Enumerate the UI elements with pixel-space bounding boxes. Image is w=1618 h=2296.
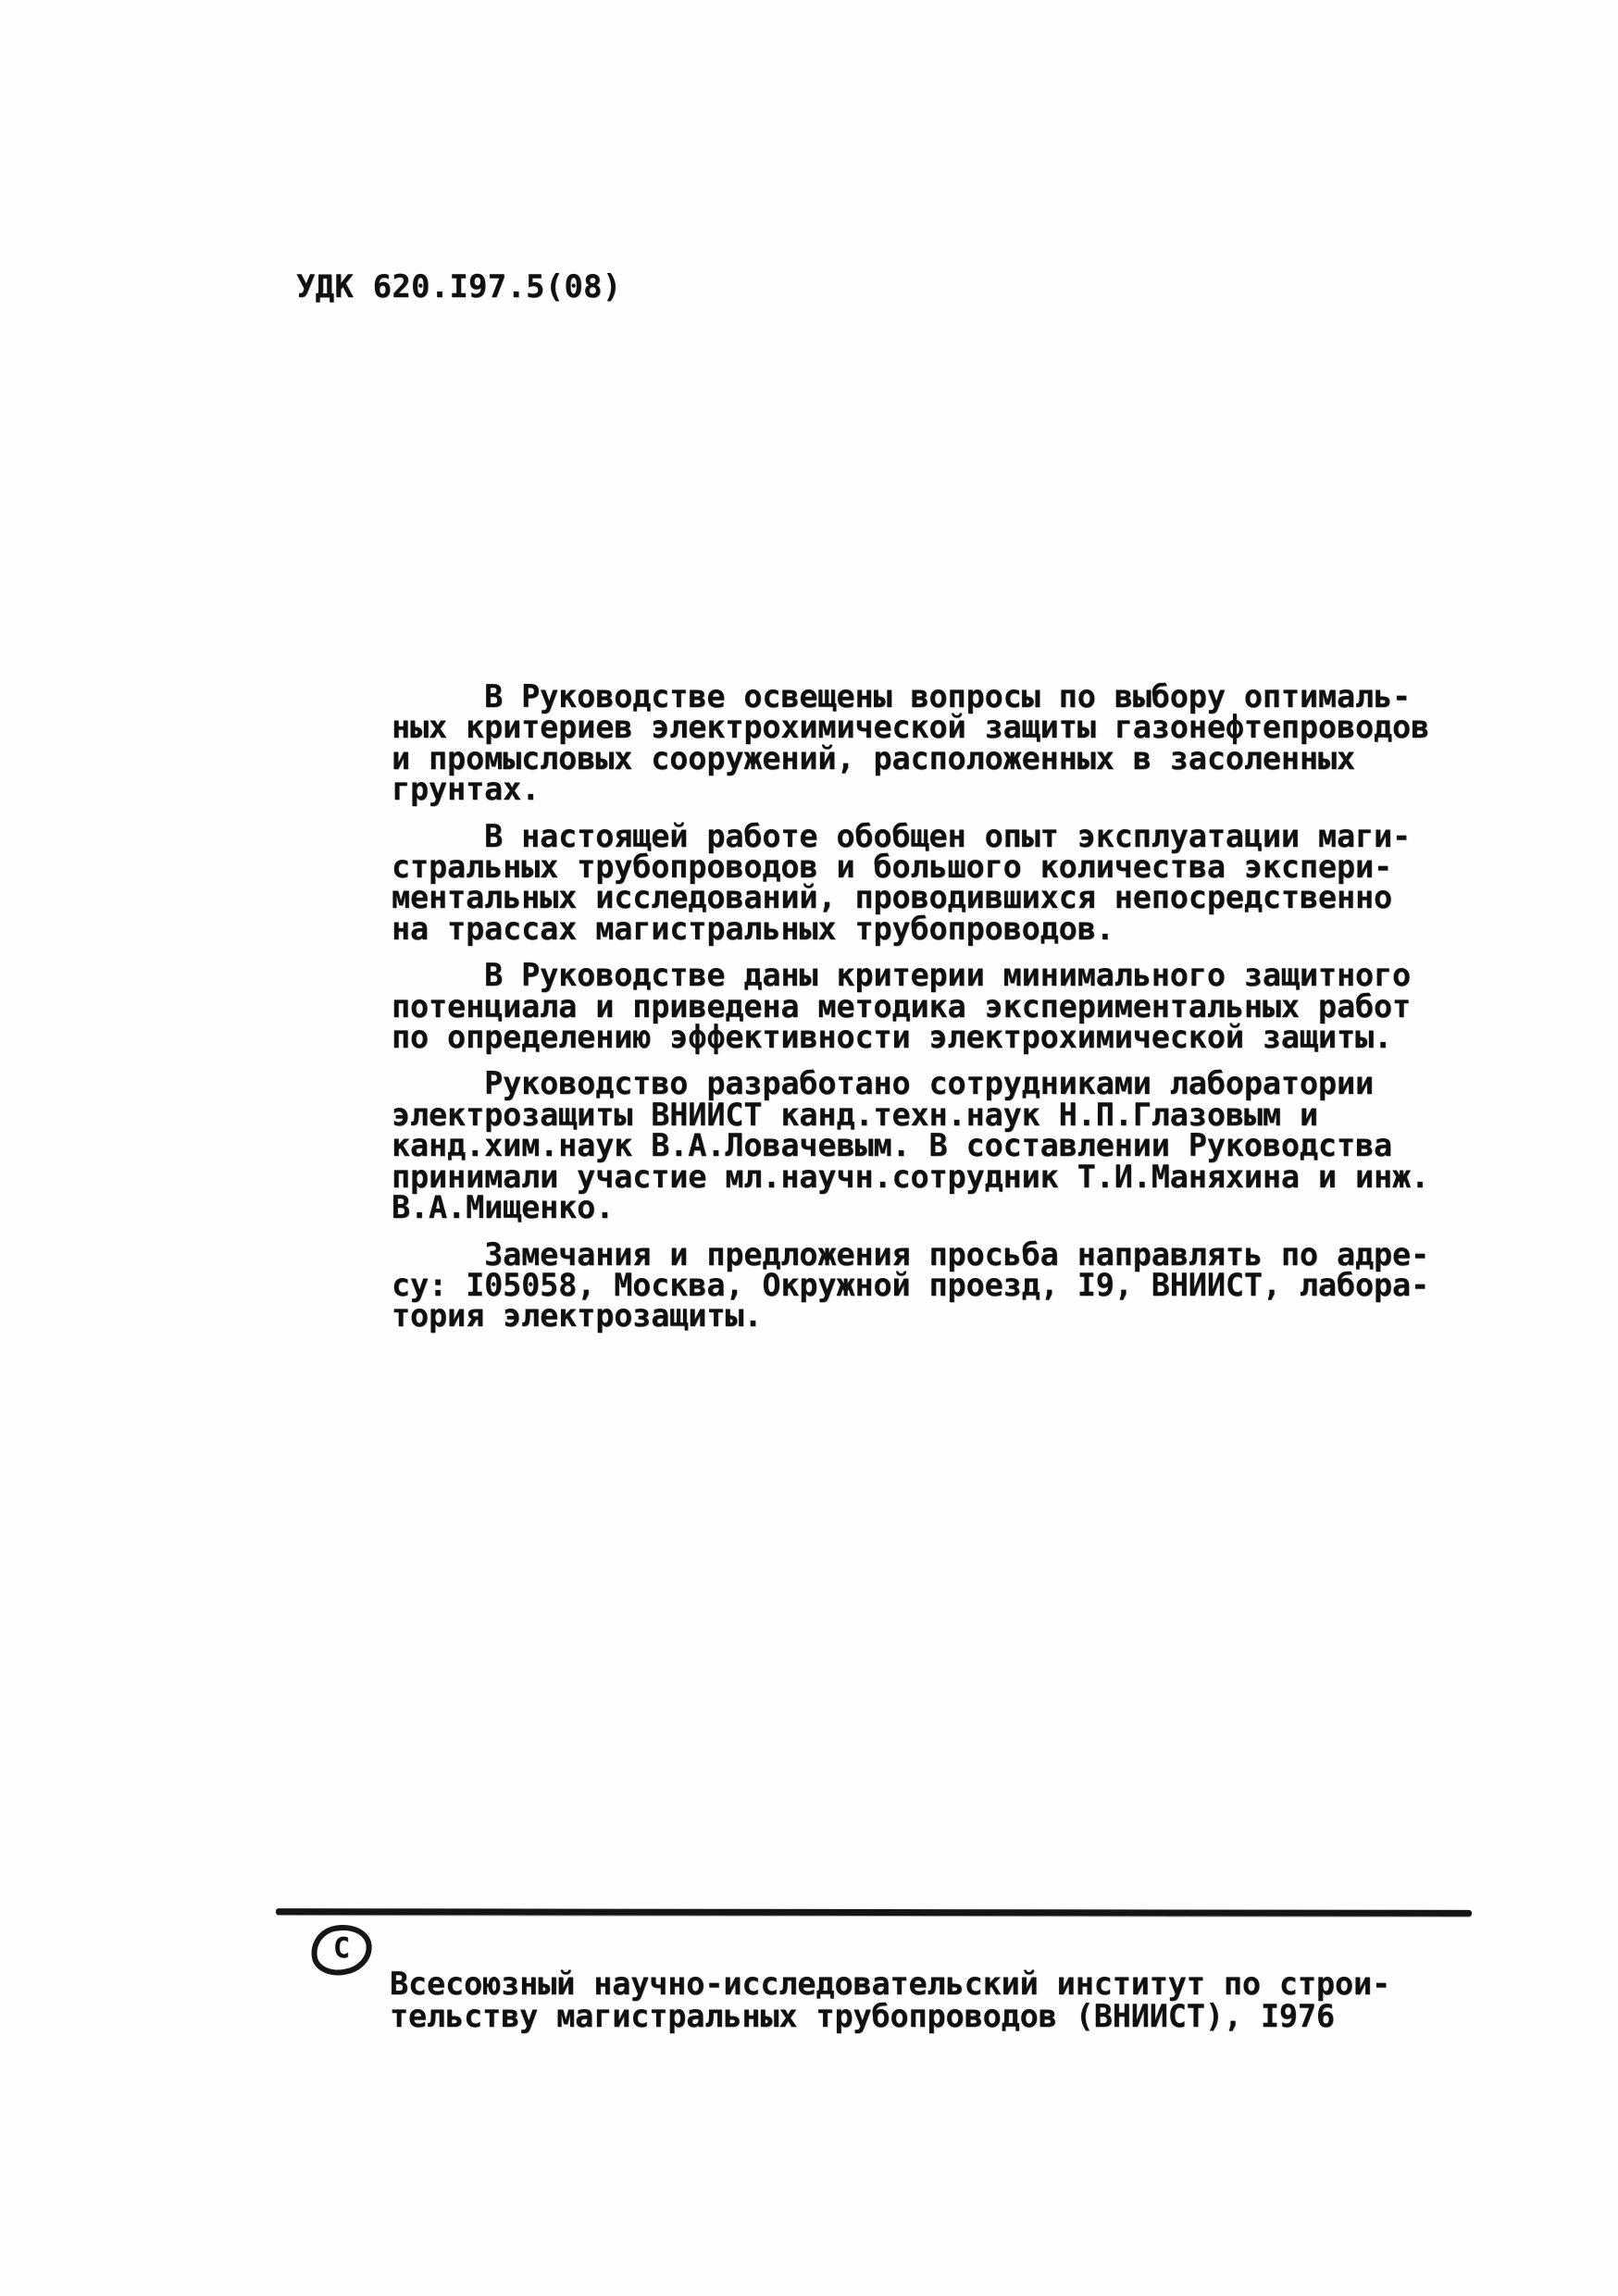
footer-institute-credit: Всесоюзный научно-исследовательский инст… bbox=[390, 1967, 1500, 2032]
copyright-icon: С bbox=[307, 1920, 376, 1980]
abstract-text-block: В Руководстве освещены вопросы по выбору… bbox=[392, 681, 1484, 1347]
udc-classification-code: УДК 620.I97.5(08) bbox=[296, 268, 621, 305]
document-page: УДК 620.I97.5(08) В Руководстве освещены… bbox=[0, 0, 1618, 2296]
paragraph-authors: Руководство разработано сотрудниками лаб… bbox=[392, 1068, 1484, 1222]
paragraph-scope: В Руководстве освещены вопросы по выбору… bbox=[392, 681, 1484, 805]
paragraph-experience: В настоящей работе обобщен опыт эксплуат… bbox=[392, 821, 1484, 945]
copyright-letter: С bbox=[333, 1935, 350, 1963]
divider-line bbox=[276, 1908, 1472, 1917]
paragraph-criteria: В Руководстве даны критерии минимального… bbox=[392, 960, 1484, 1052]
paragraph-feedback-address: Замечания и предложения просьба направля… bbox=[392, 1239, 1484, 1332]
